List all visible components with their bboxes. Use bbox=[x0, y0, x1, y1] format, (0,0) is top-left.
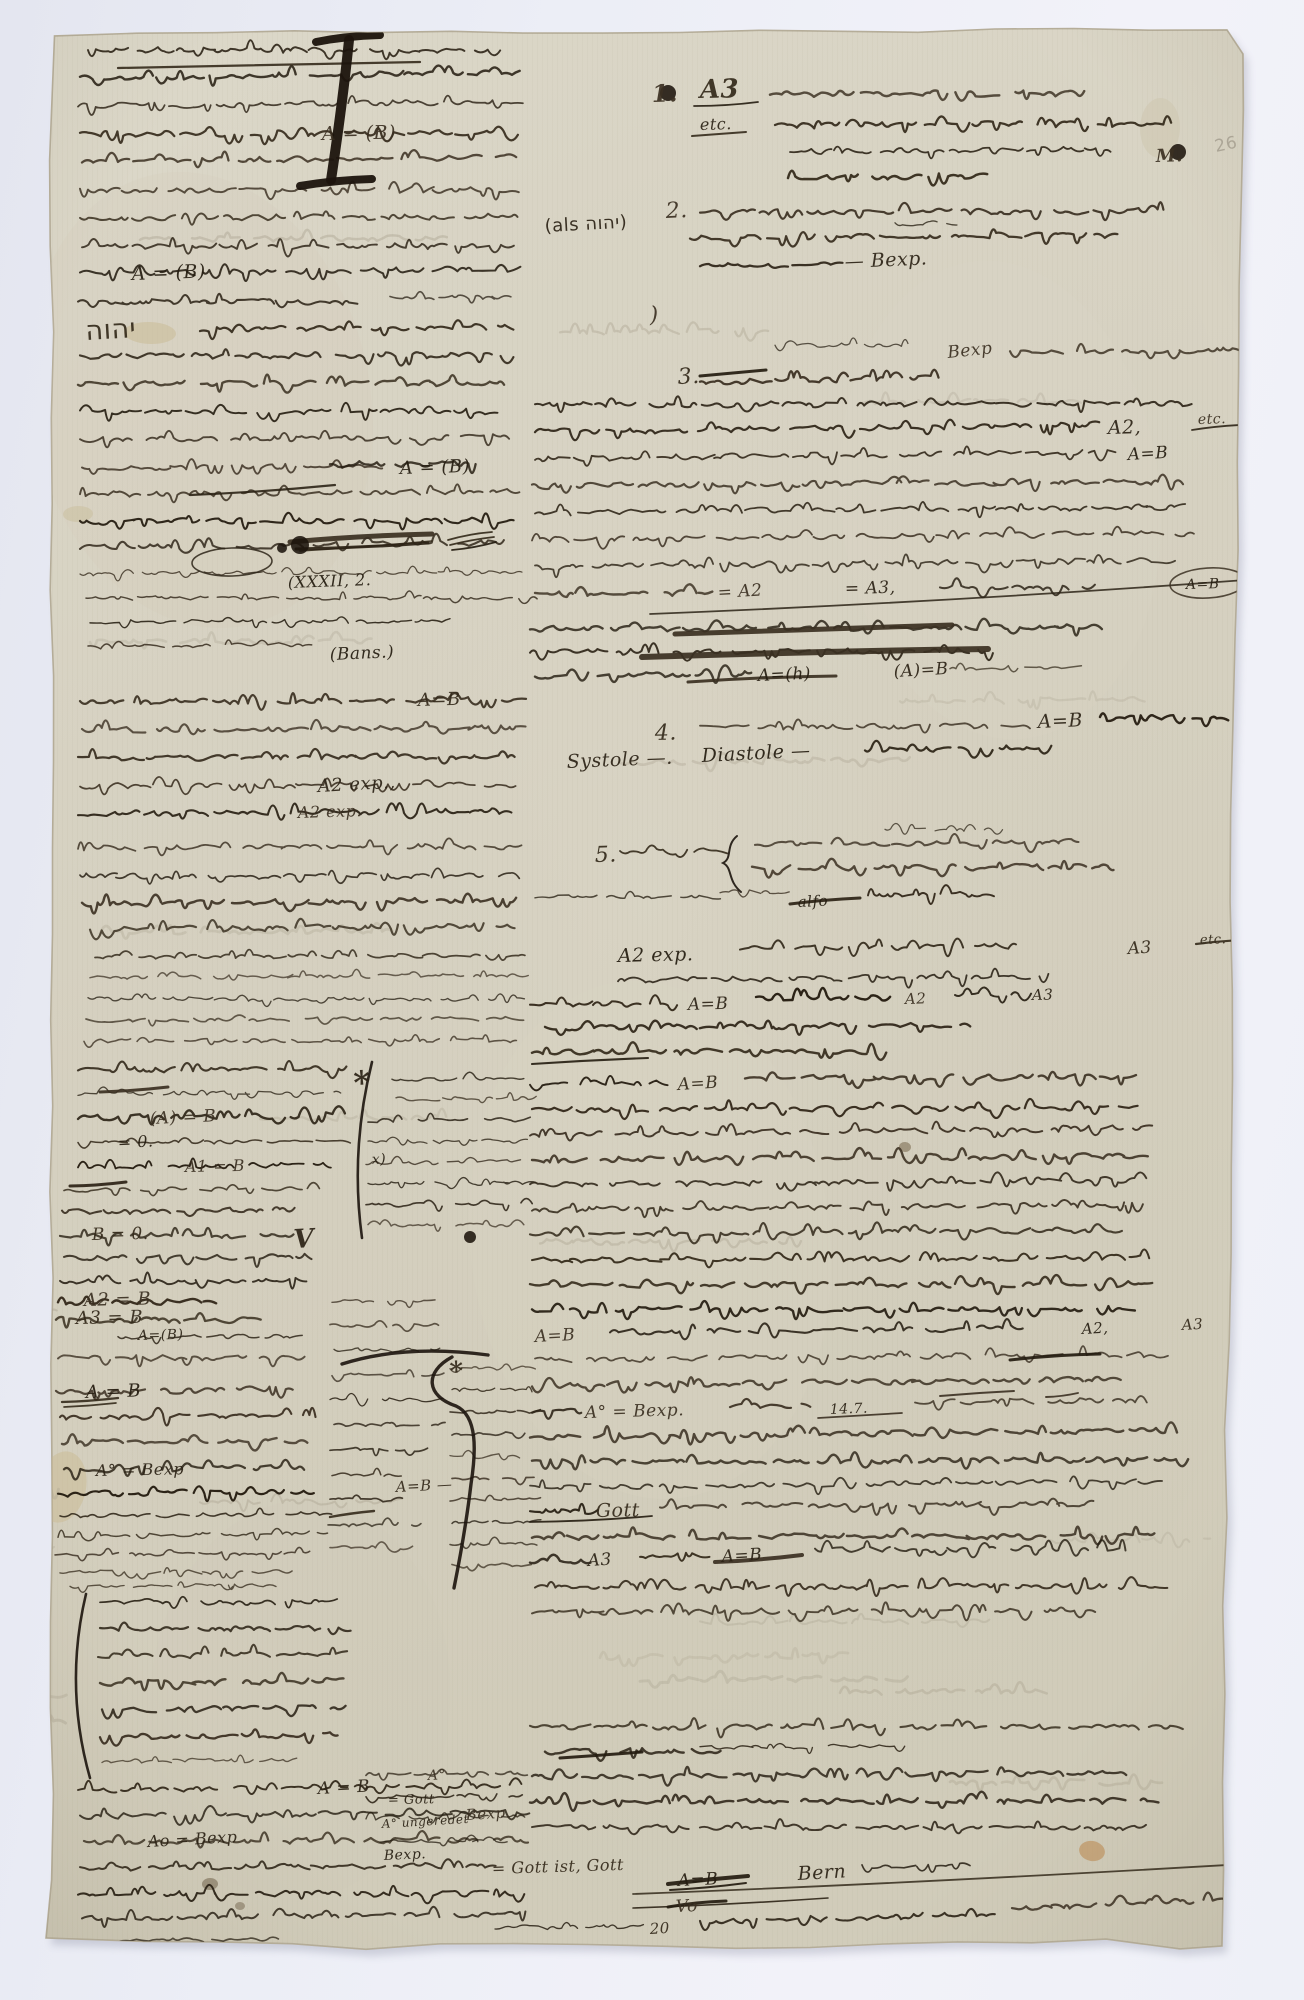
legible-token: = Gott bbox=[388, 1792, 435, 1808]
legible-token: etc. bbox=[1198, 411, 1227, 428]
bleed-through-line bbox=[28, 1546, 54, 1548]
legible-token: A2, bbox=[1079, 1319, 1109, 1338]
legible-token: A3 bbox=[1030, 986, 1054, 1004]
legible-token: A = B bbox=[83, 1380, 141, 1403]
legible-token: x) bbox=[372, 1151, 387, 1168]
legible-token: * bbox=[353, 1063, 372, 1102]
ink-blot bbox=[291, 536, 309, 554]
legible-token: A3 bbox=[1125, 938, 1152, 960]
legible-token: 4. bbox=[654, 721, 678, 747]
legible-token: (XXXII, 2. bbox=[287, 570, 371, 592]
legible-token: A=B bbox=[686, 994, 729, 1015]
legible-token: etc. bbox=[700, 114, 733, 134]
legible-token: A=B bbox=[719, 1545, 763, 1567]
legible-token: A=B bbox=[1125, 443, 1169, 465]
legible-token: Vo bbox=[675, 1896, 698, 1917]
legible-token: (Bans.) bbox=[329, 642, 394, 665]
legible-token: A2 exp., bbox=[315, 772, 396, 797]
legible-token: יהוה bbox=[85, 313, 137, 347]
legible-token: alfo bbox=[797, 892, 828, 911]
ink-blot bbox=[277, 543, 287, 553]
legible-token: Gott bbox=[596, 1499, 640, 1522]
legible-token: A=B bbox=[415, 689, 460, 711]
ink-layer: A = (B)A = (B)יהוהA = (B)(XXXII, 2.(Bans… bbox=[0, 20, 1255, 1960]
scanner-background: A = (B)A = (B)יהוהA = (B)(XXXII, 2.(Bans… bbox=[0, 0, 1304, 2000]
legible-token: etc. bbox=[1200, 932, 1227, 948]
legible-token: A3 bbox=[585, 1550, 612, 1571]
ink-blot bbox=[464, 1231, 476, 1243]
legible-token: A=B bbox=[1035, 709, 1083, 733]
legible-token: A2 exp. bbox=[616, 943, 694, 967]
legible-token: Bexp. bbox=[464, 1803, 511, 1824]
legible-token: ) bbox=[648, 303, 659, 328]
legible-token: A = (B) bbox=[397, 456, 470, 479]
legible-token: A° bbox=[425, 1767, 446, 1784]
legible-token: A=B bbox=[675, 1073, 719, 1095]
legible-token: M. bbox=[1155, 145, 1184, 167]
legible-token: A2 bbox=[903, 989, 927, 1008]
legible-token: A=(B) bbox=[136, 1327, 184, 1344]
legible-token: (als יהוה) bbox=[544, 212, 628, 237]
legible-token: A=B bbox=[532, 1325, 575, 1347]
legible-token: A=B bbox=[675, 1869, 718, 1891]
legible-token: 20 bbox=[648, 1919, 670, 1938]
legible-token: = 0. bbox=[117, 1131, 154, 1152]
legible-token: B = 0. bbox=[91, 1224, 149, 1245]
legible-token: 2. bbox=[664, 198, 688, 224]
legible-token: Systole —. bbox=[566, 747, 673, 773]
legible-token: A2 exp. bbox=[296, 801, 363, 822]
legible-token: * bbox=[449, 1356, 464, 1387]
legible-token: Bern bbox=[796, 1860, 847, 1885]
legible-token: A=B bbox=[1184, 576, 1220, 593]
legible-token: A° = Bexp. bbox=[583, 1400, 685, 1423]
legible-token: 3. bbox=[677, 364, 700, 390]
legible-token: A = (B) bbox=[320, 122, 396, 145]
legible-token: A = B bbox=[315, 1777, 370, 1800]
legible-token: A = (B) bbox=[129, 260, 206, 285]
legible-token: 14.7. bbox=[830, 1401, 869, 1418]
legible-token: Bexp. bbox=[382, 1846, 426, 1864]
legible-token: A2, bbox=[1106, 416, 1142, 439]
legible-token: A=B — bbox=[393, 1475, 453, 1496]
legible-token: A1 = B bbox=[183, 1156, 245, 1176]
legible-token: A3 bbox=[697, 74, 740, 105]
legible-token: A=(h) bbox=[755, 664, 811, 686]
legible-token: (A)=B bbox=[893, 659, 949, 682]
legible-token: = A2 bbox=[717, 580, 763, 603]
legible-token: A3 = B bbox=[74, 1307, 144, 1329]
ink-content: A = (B)A = (B)יהוהA = (B)(XXXII, 2.(Bans… bbox=[0, 20, 1255, 1960]
manuscript-scan-svg: A = (B)A = (B)יהוהA = (B)(XXXII, 2.(Bans… bbox=[0, 0, 1304, 2000]
legible-token: 1. bbox=[651, 78, 678, 108]
legible-token: (A) = B bbox=[149, 1106, 216, 1129]
legible-token: A3 bbox=[1179, 1315, 1203, 1334]
legible-token: 5. bbox=[595, 842, 618, 868]
legible-token: — Bexp. bbox=[844, 247, 928, 273]
legible-token: A° = Bexp bbox=[94, 1459, 184, 1480]
legible-token: = A3, bbox=[845, 578, 896, 599]
